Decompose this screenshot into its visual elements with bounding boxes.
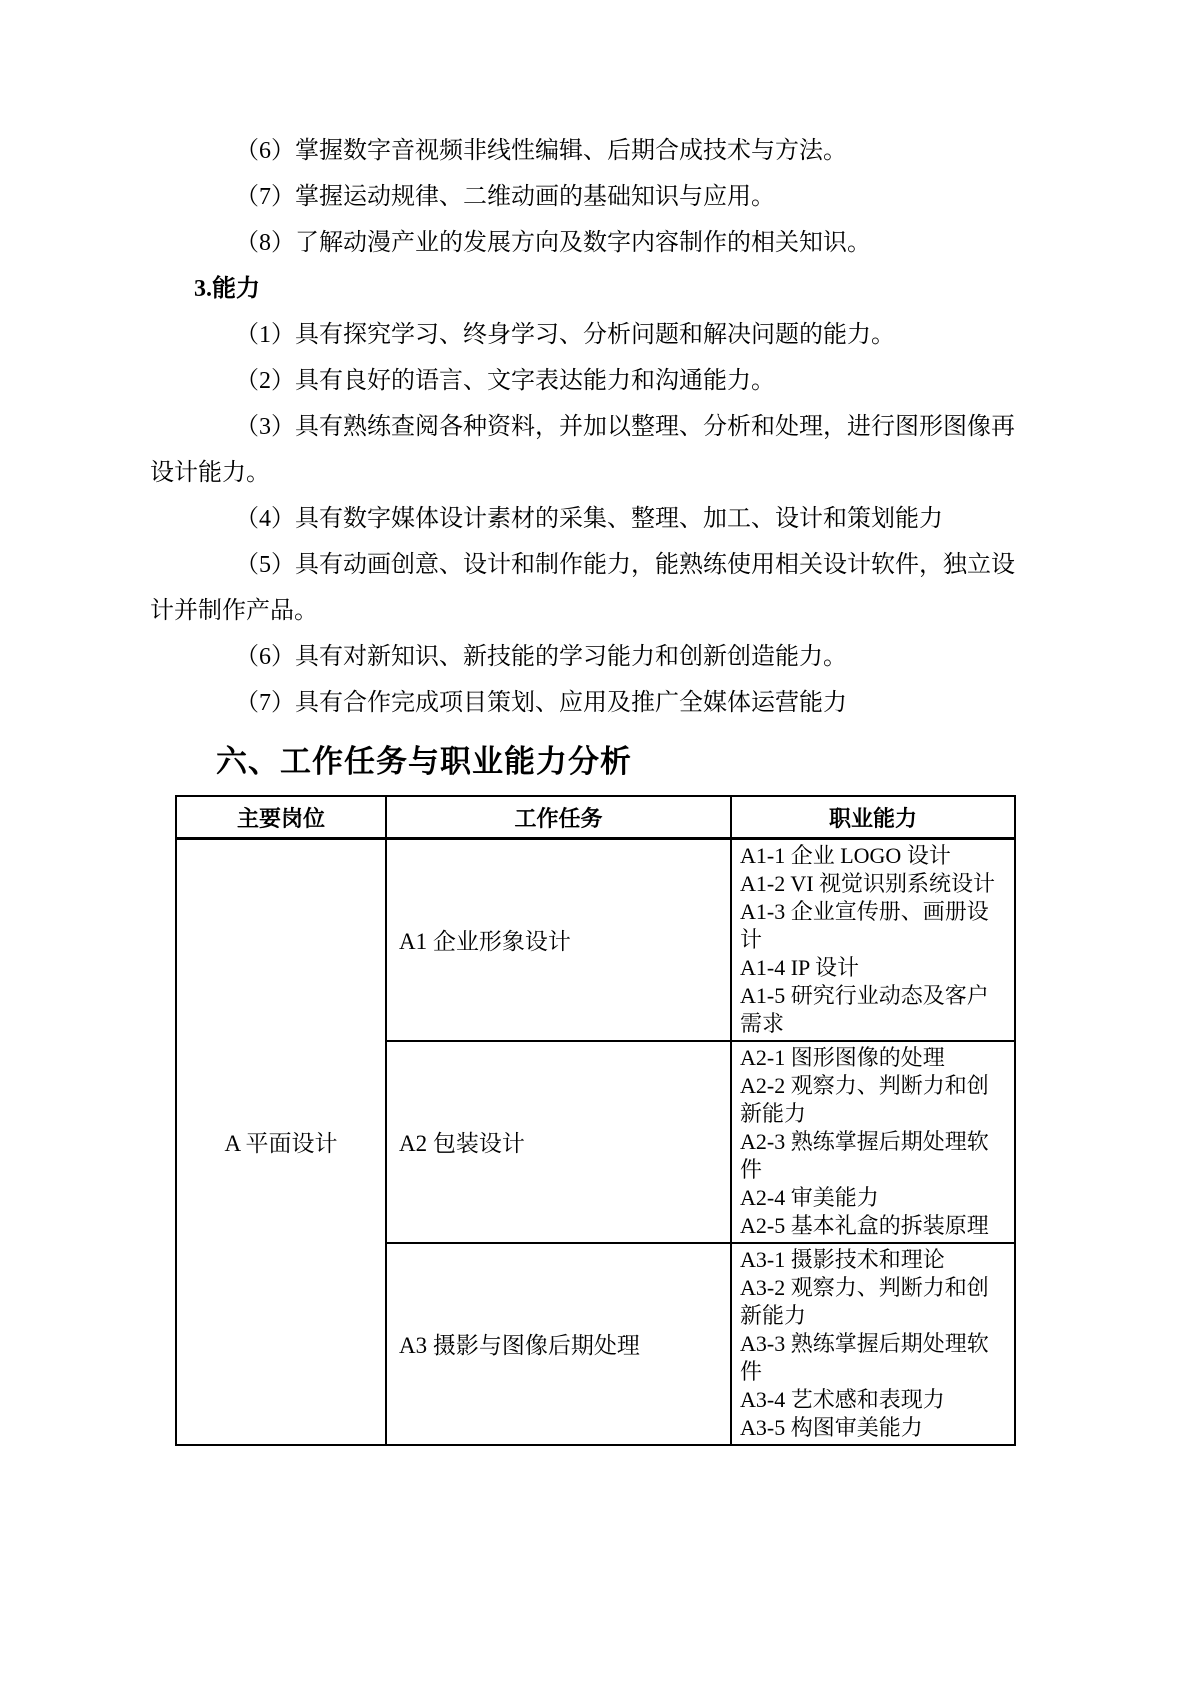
cell-work-task: A2 包装设计 bbox=[386, 1041, 731, 1243]
table-header-row: 主要岗位 工作任务 职业能力 bbox=[176, 796, 1015, 838]
ability-item: A1-5 研究行业动态及客户需求 bbox=[740, 982, 1008, 1038]
cell-abilities: A1-1 企业 LOGO 设计A1-2 VI 视觉识别系统设计A1-3 企业宣传… bbox=[731, 838, 1015, 1041]
paragraph: （2）具有良好的语言、文字表达能力和沟通能力。 bbox=[150, 358, 1041, 404]
paragraph: （5）具有动画创意、设计和制作能力，能熟练使用相关设计软件，独立设 计并制作产品… bbox=[150, 542, 1041, 634]
ability-item: A3-1 摄影技术和理论 bbox=[740, 1246, 1008, 1274]
ability-item: A3-3 熟练掌握后期处理软件 bbox=[740, 1330, 1008, 1386]
cell-main-position: A 平面设计 bbox=[176, 838, 386, 1445]
col-header-main-position: 主要岗位 bbox=[176, 796, 386, 838]
ability-item: A1-1 企业 LOGO 设计 bbox=[740, 842, 1008, 870]
document-page: （6）掌握数字音视频非线性编辑、后期合成技术与方法。（7）掌握运动规律、二维动画… bbox=[0, 0, 1191, 1684]
ability-item: A3-5 构图审美能力 bbox=[740, 1414, 1008, 1442]
body-paragraphs: （6）掌握数字音视频非线性编辑、后期合成技术与方法。（7）掌握运动规律、二维动画… bbox=[150, 128, 1041, 726]
table-body: A 平面设计A1 企业形象设计A1-1 企业 LOGO 设计A1-2 VI 视觉… bbox=[176, 838, 1015, 1445]
paragraph: （6）掌握数字音视频非线性编辑、后期合成技术与方法。 bbox=[150, 128, 1041, 174]
paragraph: （7）掌握运动规律、二维动画的基础知识与应用。 bbox=[150, 174, 1041, 220]
ability-item: A2-4 审美能力 bbox=[740, 1184, 1008, 1212]
ability-item: A2-5 基本礼盒的拆装原理 bbox=[740, 1212, 1008, 1240]
table-row: A 平面设计A1 企业形象设计A1-1 企业 LOGO 设计A1-2 VI 视觉… bbox=[176, 838, 1015, 1041]
ability-item: A1-2 VI 视觉识别系统设计 bbox=[740, 870, 1008, 898]
ability-item: A3-2 观察力、判断力和创新能力 bbox=[740, 1274, 1008, 1330]
col-header-work-task: 工作任务 bbox=[386, 796, 731, 838]
paragraph: （4）具有数字媒体设计素材的采集、整理、加工、设计和策划能力 bbox=[150, 496, 1041, 542]
paragraph: （6）具有对新知识、新技能的学习能力和创新创造能力。 bbox=[150, 634, 1041, 680]
cell-work-task: A1 企业形象设计 bbox=[386, 838, 731, 1041]
ability-item: A2-2 观察力、判断力和创新能力 bbox=[740, 1072, 1008, 1128]
paragraph: （1）具有探究学习、终身学习、分析问题和解决问题的能力。 bbox=[150, 312, 1041, 358]
cell-work-task: A3 摄影与图像后期处理 bbox=[386, 1243, 731, 1445]
paragraph: （7）具有合作完成项目策划、应用及推广全媒体运营能力 bbox=[150, 680, 1041, 726]
ability-item: A1-3 企业宣传册、画册设计 bbox=[740, 898, 1008, 954]
section-heading: 六、工作任务与职业能力分析 bbox=[216, 740, 1041, 783]
table-header: 主要岗位 工作任务 职业能力 bbox=[176, 796, 1015, 838]
ability-item: A3-4 艺术感和表现力 bbox=[740, 1386, 1008, 1414]
cell-abilities: A3-1 摄影技术和理论A3-2 观察力、判断力和创新能力A3-3 熟练掌握后期… bbox=[731, 1243, 1015, 1445]
col-header-ability: 职业能力 bbox=[731, 796, 1015, 838]
paragraph: （3）具有熟练查阅各种资料，并加以整理、分析和处理，进行图形图像再 设计能力。 bbox=[150, 404, 1041, 496]
paragraph: （8）了解动漫产业的发展方向及数字内容制作的相关知识。 bbox=[150, 220, 1041, 266]
ability-item: A2-1 图形图像的处理 bbox=[740, 1044, 1008, 1072]
paragraph: 3.能力 bbox=[150, 266, 1041, 312]
cell-abilities: A2-1 图形图像的处理A2-2 观察力、判断力和创新能力A2-3 熟练掌握后期… bbox=[731, 1041, 1015, 1243]
ability-item: A2-3 熟练掌握后期处理软件 bbox=[740, 1128, 1008, 1184]
task-ability-table: 主要岗位 工作任务 职业能力 A 平面设计A1 企业形象设计A1-1 企业 LO… bbox=[175, 795, 1016, 1446]
ability-item: A1-4 IP 设计 bbox=[740, 954, 1008, 982]
